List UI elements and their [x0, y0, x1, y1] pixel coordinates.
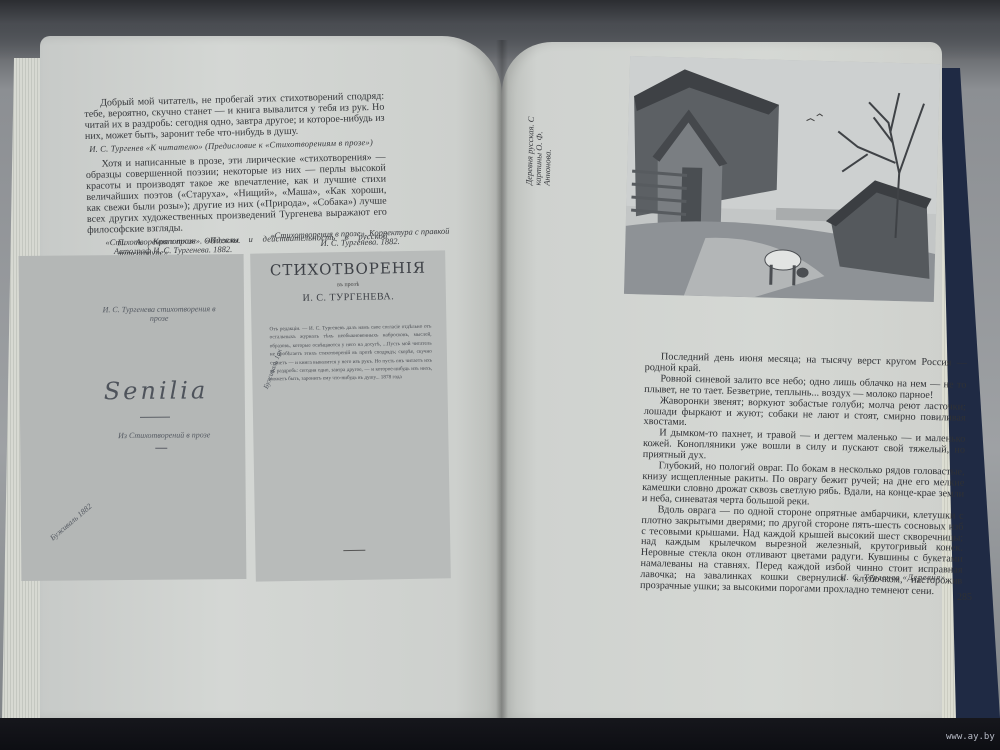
- book-gutter: [496, 40, 508, 720]
- facsimile-proof-image: СТИХОТВОРЕНІЯ въ прозѣ И. С. ТУРГЕНЕВА. …: [250, 250, 451, 581]
- village-drawing-icon: [624, 56, 940, 302]
- handwritten-subtitle: Из Стихотворений в прозе: [104, 430, 224, 440]
- divider: [140, 417, 170, 418]
- page-number: 285: [957, 592, 972, 603]
- proof-title: СТИХОТВОРЕНІЯ: [250, 258, 445, 279]
- intro-paragraph-1: Добрый мой читатель, не пробегай этих ст…: [84, 91, 385, 142]
- handwritten-title: И. С. Тургенева стихотворения в прозе: [99, 304, 219, 323]
- story-paragraph: Вдоль оврага — по одной стороне опрятные…: [640, 505, 964, 599]
- proof-subtitle: въ прозѣ: [251, 280, 446, 289]
- handwritten-signature: Буживаль 1882: [45, 499, 96, 545]
- senilia-title: Senilia: [104, 376, 209, 405]
- divider: [343, 550, 365, 551]
- divider: [155, 448, 167, 449]
- story-text: Последний день июня месяца; на тысячу ве…: [640, 352, 967, 599]
- village-illustration: [624, 56, 940, 302]
- proof-body: Отъ редакціи. — И. С. Тургеневъ далъ нам…: [269, 323, 432, 385]
- facsimile-cover-image: И. С. Тургенева стихотворения в прозе Se…: [19, 254, 247, 581]
- intro-paragraph-2: Хотя и написанные в прозе, эти лирически…: [85, 152, 387, 236]
- proof-author: И. С. ТУРГЕНЕВА.: [251, 290, 446, 304]
- watermark: www.ay.by: [946, 732, 995, 742]
- illustration-caption: Деревня русская. С картины О. Ф. Аннонов…: [525, 95, 555, 186]
- table-surface: [0, 718, 1000, 750]
- story-attribution: И. С. Тургенев «Деревня».: [840, 572, 948, 582]
- story-paragraph: Глубокий, но пологий овраг. По бокам в н…: [642, 461, 965, 511]
